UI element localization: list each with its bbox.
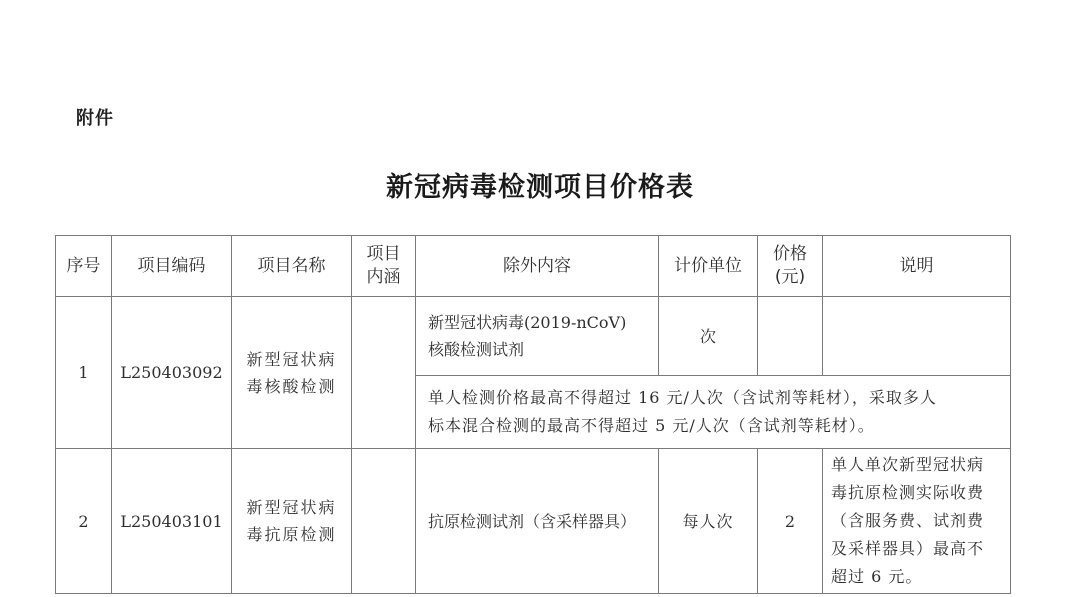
header-note: 说明 (823, 236, 1011, 297)
cell-price: 2 (758, 449, 823, 594)
note-line2: 毒抗原检测实际收费 (831, 479, 1004, 507)
cell-excluded: 新型冠状病毒(2019-nCoV) 核酸检测试剂 (416, 297, 659, 376)
cell-merged-note: 单人检测价格最高不得超过 16 元/人次（含试剂等耗材），采取多人 标本混合检测… (416, 376, 1011, 449)
merged-note-line1: 单人检测价格最高不得超过 16 元/人次（含试剂等耗材），采取多人 (428, 384, 1002, 412)
cell-name: 新型冠状病 毒抗原检测 (232, 449, 352, 594)
cell-excluded: 抗原检测试剂（含采样器具） (416, 449, 659, 594)
header-content: 项目 内涵 (352, 236, 416, 297)
cell-unit: 每人次 (659, 449, 758, 594)
cell-excluded-line2: 核酸检测试剂 (428, 336, 650, 363)
note-line5: 超过 6 元。 (831, 563, 1004, 591)
cell-note (823, 297, 1011, 376)
header-price-line1: 价格 (758, 243, 822, 266)
document-title: 新冠病毒检测项目价格表 (0, 165, 1080, 204)
cell-note: 单人单次新型冠状病 毒抗原检测实际收费 （含服务费、试剂费 及采样器具）最高不 … (823, 449, 1011, 594)
cell-seq: 2 (56, 449, 112, 594)
table-row: 1 L250403092 新型冠状病 毒核酸检测 新型冠状病毒(2019-nCo… (56, 297, 1011, 376)
note-line1: 单人单次新型冠状病 (831, 451, 1004, 479)
attachment-label: 附件 (76, 104, 114, 130)
table-header-row: 序号 项目编码 项目名称 项目 内涵 除外内容 计价单位 价格 (元) 说明 (56, 236, 1011, 297)
cell-code: L250403101 (112, 449, 232, 594)
merged-note-line2: 标本混合检测的最高不得超过 5 元/人次（含试剂等耗材）。 (428, 412, 1002, 440)
cell-price (758, 297, 823, 376)
cell-content (352, 297, 416, 449)
price-table: 序号 项目编码 项目名称 项目 内涵 除外内容 计价单位 价格 (元) 说明 1… (55, 235, 1011, 594)
cell-code: L250403092 (112, 297, 232, 449)
cell-content (352, 449, 416, 594)
cell-name: 新型冠状病 毒核酸检测 (232, 297, 352, 449)
cell-seq: 1 (56, 297, 112, 449)
header-excluded: 除外内容 (416, 236, 659, 297)
cell-name-line1: 新型冠状病 (232, 346, 351, 373)
header-unit: 计价单位 (659, 236, 758, 297)
note-line4: 及采样器具）最高不 (831, 535, 1004, 563)
cell-name-line1: 新型冠状病 (232, 494, 351, 521)
cell-excluded-line1: 新型冠状病毒(2019-nCoV) (428, 309, 650, 336)
note-line3: （含服务费、试剂费 (831, 507, 1004, 535)
cell-unit: 次 (659, 297, 758, 376)
header-code: 项目编码 (112, 236, 232, 297)
header-content-line2: 内涵 (352, 266, 415, 289)
table-row: 2 L250403101 新型冠状病 毒抗原检测 抗原检测试剂（含采样器具） 每… (56, 449, 1011, 594)
header-price: 价格 (元) (758, 236, 823, 297)
cell-name-line2: 毒抗原检测 (232, 521, 351, 548)
header-content-line1: 项目 (352, 243, 415, 266)
header-seq: 序号 (56, 236, 112, 297)
header-price-line2: (元) (758, 266, 822, 289)
cell-name-line2: 毒核酸检测 (232, 373, 351, 400)
header-name: 项目名称 (232, 236, 352, 297)
